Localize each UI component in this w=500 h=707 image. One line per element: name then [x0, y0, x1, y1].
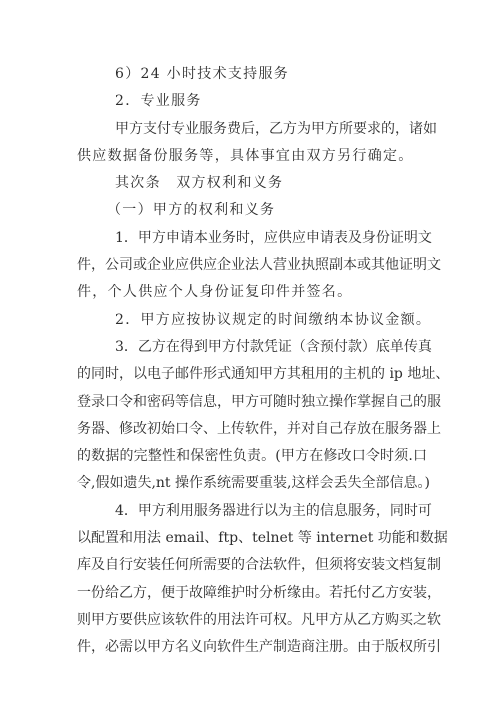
paragraph-line: 的数据的完整性和保密性负责。(甲方在修改口令时须.口 — [77, 443, 427, 470]
paragraph-line: 甲方支付专业服务费后，乙方为甲方所要求的，诸如 — [77, 116, 427, 143]
paragraph-line: 务器、修改初始口令、上传软件，并对自己存放在服务器上 — [77, 416, 427, 443]
paragraph-line: 3．乙方在得到甲方付款凭证（含预付款）底单传真 — [77, 334, 427, 361]
paragraph-line: 库及自行安装任何所需要的合法软件，但须将安装文档复制 — [77, 552, 427, 579]
paragraph-line: 令,假如遗失,nt 操作系统需要重装,这样会丢失全部信息。) — [77, 470, 427, 497]
paragraph-line: 以配置和用法 email、ftp、telnet 等 internet 功能和数据 — [77, 525, 427, 552]
document-page: 6）24 小时技术支持服务 2．专业服务 甲方支付专业服务费后，乙方为甲方所要求… — [77, 61, 427, 662]
paragraph-line: 4．甲方利用服务器进行以为主的信息服务，同时可 — [77, 498, 427, 525]
text-line-service-6: 6）24 小时技术支持服务 — [77, 61, 427, 88]
paragraph-line: 件，公司或企业应供应企业法人营业执照副本或其他证明文 — [77, 252, 427, 279]
paragraph-line: 登录口令和密码等信息，甲方可随时独立操作掌握自己的服 — [77, 389, 427, 416]
paragraph-line: 件，个人供应个人身份证复印件并签名。 — [77, 279, 427, 306]
paragraph-line: 1．甲方申请本业务时，应供应申请表及身份证明文 — [77, 225, 427, 252]
paragraph-line: 的同时，以电子邮件形式通知甲方其租用的主机的 ip 地址、 — [77, 361, 427, 388]
heading-professional-service: 2．专业服务 — [77, 88, 427, 115]
paragraph-line: 供应数据备份服务等，具体事宜由双方另行确定。 — [77, 143, 427, 170]
paragraph-line: 2．甲方应按协议规定的时间缴纳本协议金额。 — [77, 307, 427, 334]
paragraph-line: 一份给乙方，便于故障维护时分析缘由。若托付乙方安装， — [77, 580, 427, 607]
paragraph-line: 则甲方要供应该软件的用法许可权。凡甲方从乙方购买之软 — [77, 607, 427, 634]
article-heading-rights-obligations: 其次条 双方权利和义务 — [77, 170, 427, 197]
paragraph-line: 件，必需以甲方名义向软件生产制造商注册。由于版权所引 — [77, 634, 427, 661]
section-heading-party-a: （一）甲方的权利和义务 — [77, 197, 427, 224]
